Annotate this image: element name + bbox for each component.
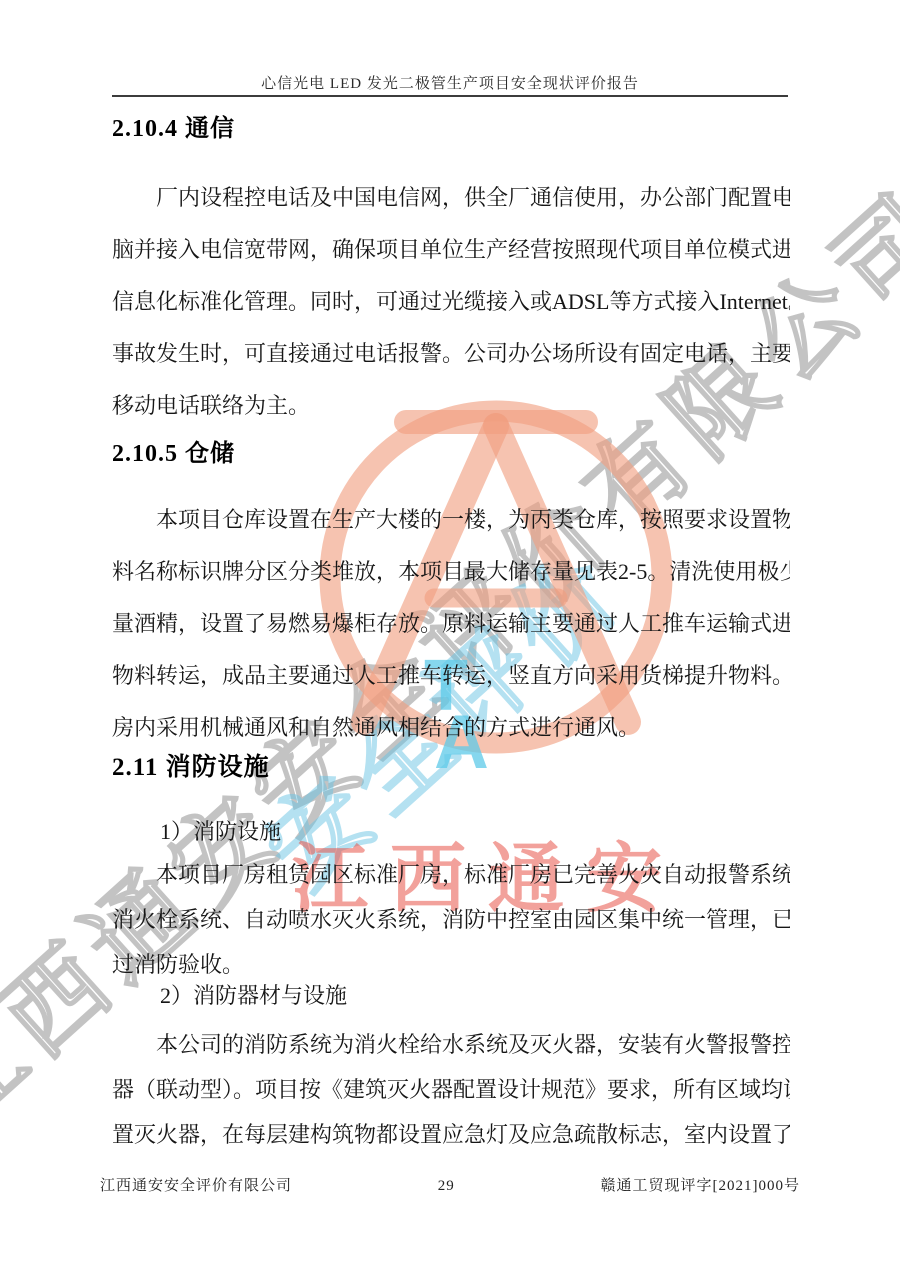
section-heading-2-10-4: 2.10.4 通信 [112,112,235,146]
section-heading-2-11: 2.11 消防设施 [112,751,270,785]
body-line: 移动电话联络为主。 [112,380,790,432]
body-line: 过消防验收。 [112,942,790,987]
body-line: 信息化标准化管理。同时，可通过光缆接入或ADSL等方式接入Internet。 [112,276,790,328]
body-line: 本项目厂房租赁园区标准厂房，标准厂房已完善火灾自动报警系统、 [112,852,790,897]
body-line: 量酒精，设置了易燃易爆柜存放。原料运输主要通过人工推车运输式进行 [112,598,790,650]
paragraph-fire-facilities: 本项目厂房租赁园区标准厂房，标准厂房已完善火灾自动报警系统、 消火栓系统、自动喷… [112,852,790,987]
body-line: 本公司的消防系统为消火栓给水系统及灭火器，安装有火警报警控制 [112,1022,790,1067]
body-line: 物料转运，成品主要通过人工推车转运，竖直方向采用货梯提升物料。厂 [112,650,790,702]
footer-company: 江西通安安全评价有限公司 [100,1174,292,1195]
page-footer: 江西通安安全评价有限公司 29 赣通工贸现评字[2021]000号 [100,1174,800,1195]
body-line: 本项目仓库设置在生产大楼的一楼，为丙类仓库，按照要求设置物 [112,494,790,546]
body-line: 料名称标识牌分区分类堆放，本项目最大储存量见表2-5。清洗使用极少 [112,546,790,598]
body-line: 消火栓系统、自动喷水灭火系统，消防中控室由园区集中统一管理，已通 [112,897,790,942]
body-line: 厂内设程控电话及中国电信网，供全厂通信使用，办公部门配置电 [112,172,790,224]
paragraph-warehouse: 本项目仓库设置在生产大楼的一楼，为丙类仓库，按照要求设置物 料名称标识牌分区分类… [112,494,790,754]
header-rule [112,95,788,97]
list-item-label-2: 2）消防器材与设施 [160,982,347,1010]
report-page: 江西通安安全评价有限公司 安全评价 T A 江西通安 心信光电 LED 发光二极… [0,0,900,1272]
page-header-title: 心信光电 LED 发光二极管生产项目安全现状评价报告 [112,72,788,93]
body-line: 器（联动型）。项目按《建筑灭火器配置设计规范》要求，所有区域均设 [112,1067,790,1112]
paragraph-communication: 厂内设程控电话及中国电信网，供全厂通信使用，办公部门配置电 脑并接入电信宽带网，… [112,172,790,432]
body-line: 房内采用机械通风和自然通风相结合的方式进行通风。 [112,702,790,754]
footer-page-number: 29 [438,1178,455,1195]
list-item-label-1: 1）消防设施 [160,818,281,846]
body-line: 置灭火器，在每层建构筑物都设置应急灯及应急疏散标志，室内设置了室 [112,1112,790,1157]
body-line: 事故发生时，可直接通过电话报警。公司办公场所设有固定电话，主要以 [112,328,790,380]
body-line: 脑并接入电信宽带网，确保项目单位生产经营按照现代项目单位模式进行 [112,224,790,276]
section-heading-2-10-5: 2.10.5 仓储 [112,437,235,471]
paragraph-fire-equipment: 本公司的消防系统为消火栓给水系统及灭火器，安装有火警报警控制 器（联动型）。项目… [112,1022,790,1157]
footer-doc-number: 赣通工贸现评字[2021]000号 [600,1174,800,1195]
